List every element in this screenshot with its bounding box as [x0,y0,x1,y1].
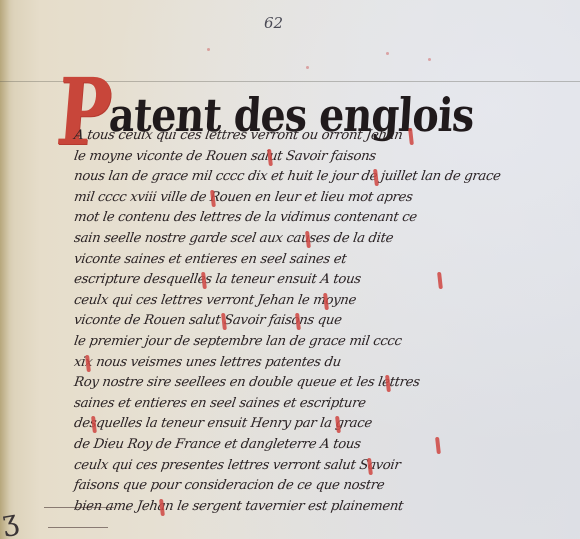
margin-flourish-mark: ʒ [0,503,21,538]
manuscript-page: 62 P atent des englois A tous ceulx qui … [0,0,580,539]
text-line: le premier jour de septembre lan de grac… [73,332,476,353]
text-line: de Dieu Roy de France et dangleterre A t… [73,435,476,456]
text-line: sain seelle nostre garde scel aux causes… [73,229,476,250]
rubric-stroke [367,458,373,475]
rubric-stroke [373,169,379,186]
text-line: A tous ceulx qui ces lettres verront ou … [73,126,476,147]
rubric-stroke [267,149,273,166]
rubric-stroke [435,437,441,454]
rubric-stroke [408,128,414,145]
text-line: mil cccc xviii ville de Rouen en leur et… [73,188,476,209]
text-line: nous lan de grace mil cccc dix et huit l… [73,167,476,188]
rubric-stroke [385,375,391,392]
text-line: viconte de Rouen salut Savoir faisons qu… [73,311,476,332]
rubric-stroke [295,313,301,330]
rubric-stroke [91,416,97,433]
text-line: Roy nostre sire seellees en double queue… [73,373,476,394]
rubric-stroke [305,231,311,248]
margin-rule [44,507,114,508]
rubric-stroke [85,355,91,372]
rubric-stroke [437,272,443,289]
rubric-stroke [210,190,216,207]
text-line: le moyne viconte de Rouen salut Savoir f… [73,147,476,168]
rubric-stroke [323,293,329,310]
text-line: ceulx qui ces lettres verront Jehan le m… [73,291,476,312]
text-line: faisons que pour consideracion de ce que… [73,476,476,497]
rubric-stroke [335,416,341,433]
text-line: viconte saines et entieres en seel saine… [73,250,476,271]
text-line: mot le contenu des lettres de la vidimus… [73,208,476,229]
text-line: desquelles la teneur ensuit Henry par la… [73,414,476,435]
text-line: saines et entieres en seel saines et esc… [73,394,476,415]
rubric-stroke [159,499,165,516]
text-line: xix nous veismes unes lettres patentes d… [73,353,476,374]
rubric-stroke [201,272,207,289]
margin-rule [48,527,108,528]
text-line: bien ame Jehan le sergent tavernier est … [73,497,476,518]
ink-speck [428,58,431,61]
page-number: 62 [264,14,283,32]
rubric-stroke [221,313,227,330]
text-line: escripture desquelles la teneur ensuit A… [73,270,476,291]
manuscript-text: A tous ceulx qui ces lettres verront ou … [74,126,474,517]
text-line: ceulx qui ces presentes lettres verront … [73,456,476,477]
ink-speck [386,52,389,55]
ink-speck [207,48,210,51]
